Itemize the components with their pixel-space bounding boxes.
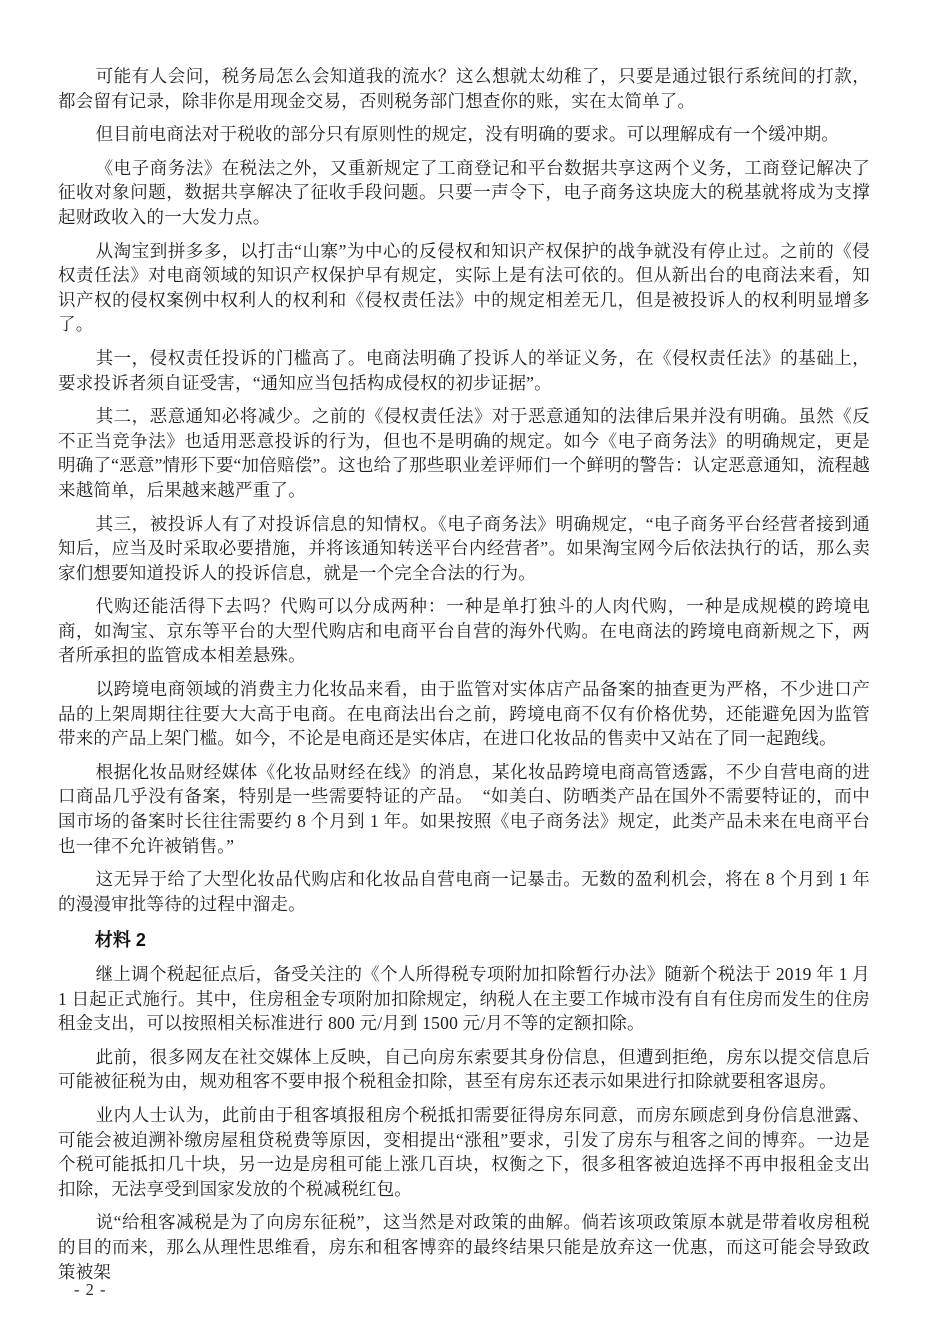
paragraph: 根据化妆品财经媒体《化妆品财经在线》的消息，某化妆品跨境电商高管透露，不少自营电… (58, 760, 870, 858)
paragraph: 以跨境电商领域的消费主力化妆品来看，由于监管对实体店产品备案的抽查更为严格，不少… (58, 677, 870, 751)
paragraph: 业内人士认为，此前由于租客填报租房个税抵扣需要征得房东同意，而房东顾虑到身份信息… (58, 1103, 870, 1201)
paragraph: 但目前电商法对于税收的部分只有原则性的规定，没有明确的要求。可以理解成有一个缓冲… (58, 122, 870, 147)
paragraph: 继上调个税起征点后，备受关注的《个人所得税专项附加扣除暂行办法》随新个税法于 2… (58, 962, 870, 1036)
paragraph: 从淘宝到拼多多，以打击“山寨”为中心的反侵权和知识产权保护的战争就没有停止过。之… (58, 239, 870, 337)
paragraph: 说“给租客减税是为了向房东征税”，这当然是对政策的曲解。倘若该项政策原本就是带着… (58, 1210, 870, 1284)
paragraph: 其三，被投诉人有了对投诉信息的知情权。《电子商务法》明确规定，“电子商务平台经营… (58, 512, 870, 586)
paragraph: 《电子商务法》在税法之外，又重新规定了工商登记和平台数据共享这两个义务，工商登记… (58, 156, 870, 230)
document-page: 可能有人会问，税务局怎么会知道我的流水？这么想就太幼稚了，只要是通过银行系统间的… (0, 0, 950, 1344)
page-number: - 2 - (74, 1280, 107, 1300)
paragraph: 可能有人会问，税务局怎么会知道我的流水？这么想就太幼稚了，只要是通过银行系统间的… (58, 64, 870, 113)
material-2-heading: 材料 2 (58, 928, 870, 953)
paragraph: 这无异于给了大型化妆品代购店和化妆品自营电商一记暴击。无数的盈利机会，将在 8 … (58, 867, 870, 916)
paragraph: 此前，很多网友在社交媒体上反映，自己向房东索要其身份信息，但遭到拒绝，房东以提交… (58, 1045, 870, 1094)
document-body: 可能有人会问，税务局怎么会知道我的流水？这么想就太幼稚了，只要是通过银行系统间的… (58, 64, 870, 1293)
paragraph: 其一，侵权责任投诉的门槛高了。电商法明确了投诉人的举证义务，在《侵权责任法》的基… (58, 346, 870, 395)
paragraph: 其二，恶意通知必将减少。之前的《侵权责任法》对于恶意通知的法律后果并没有明确。虽… (58, 404, 870, 502)
paragraph: 代购还能活得下去吗？代购可以分成两种：一种是单打独斗的人肉代购，一种是成规模的跨… (58, 594, 870, 668)
